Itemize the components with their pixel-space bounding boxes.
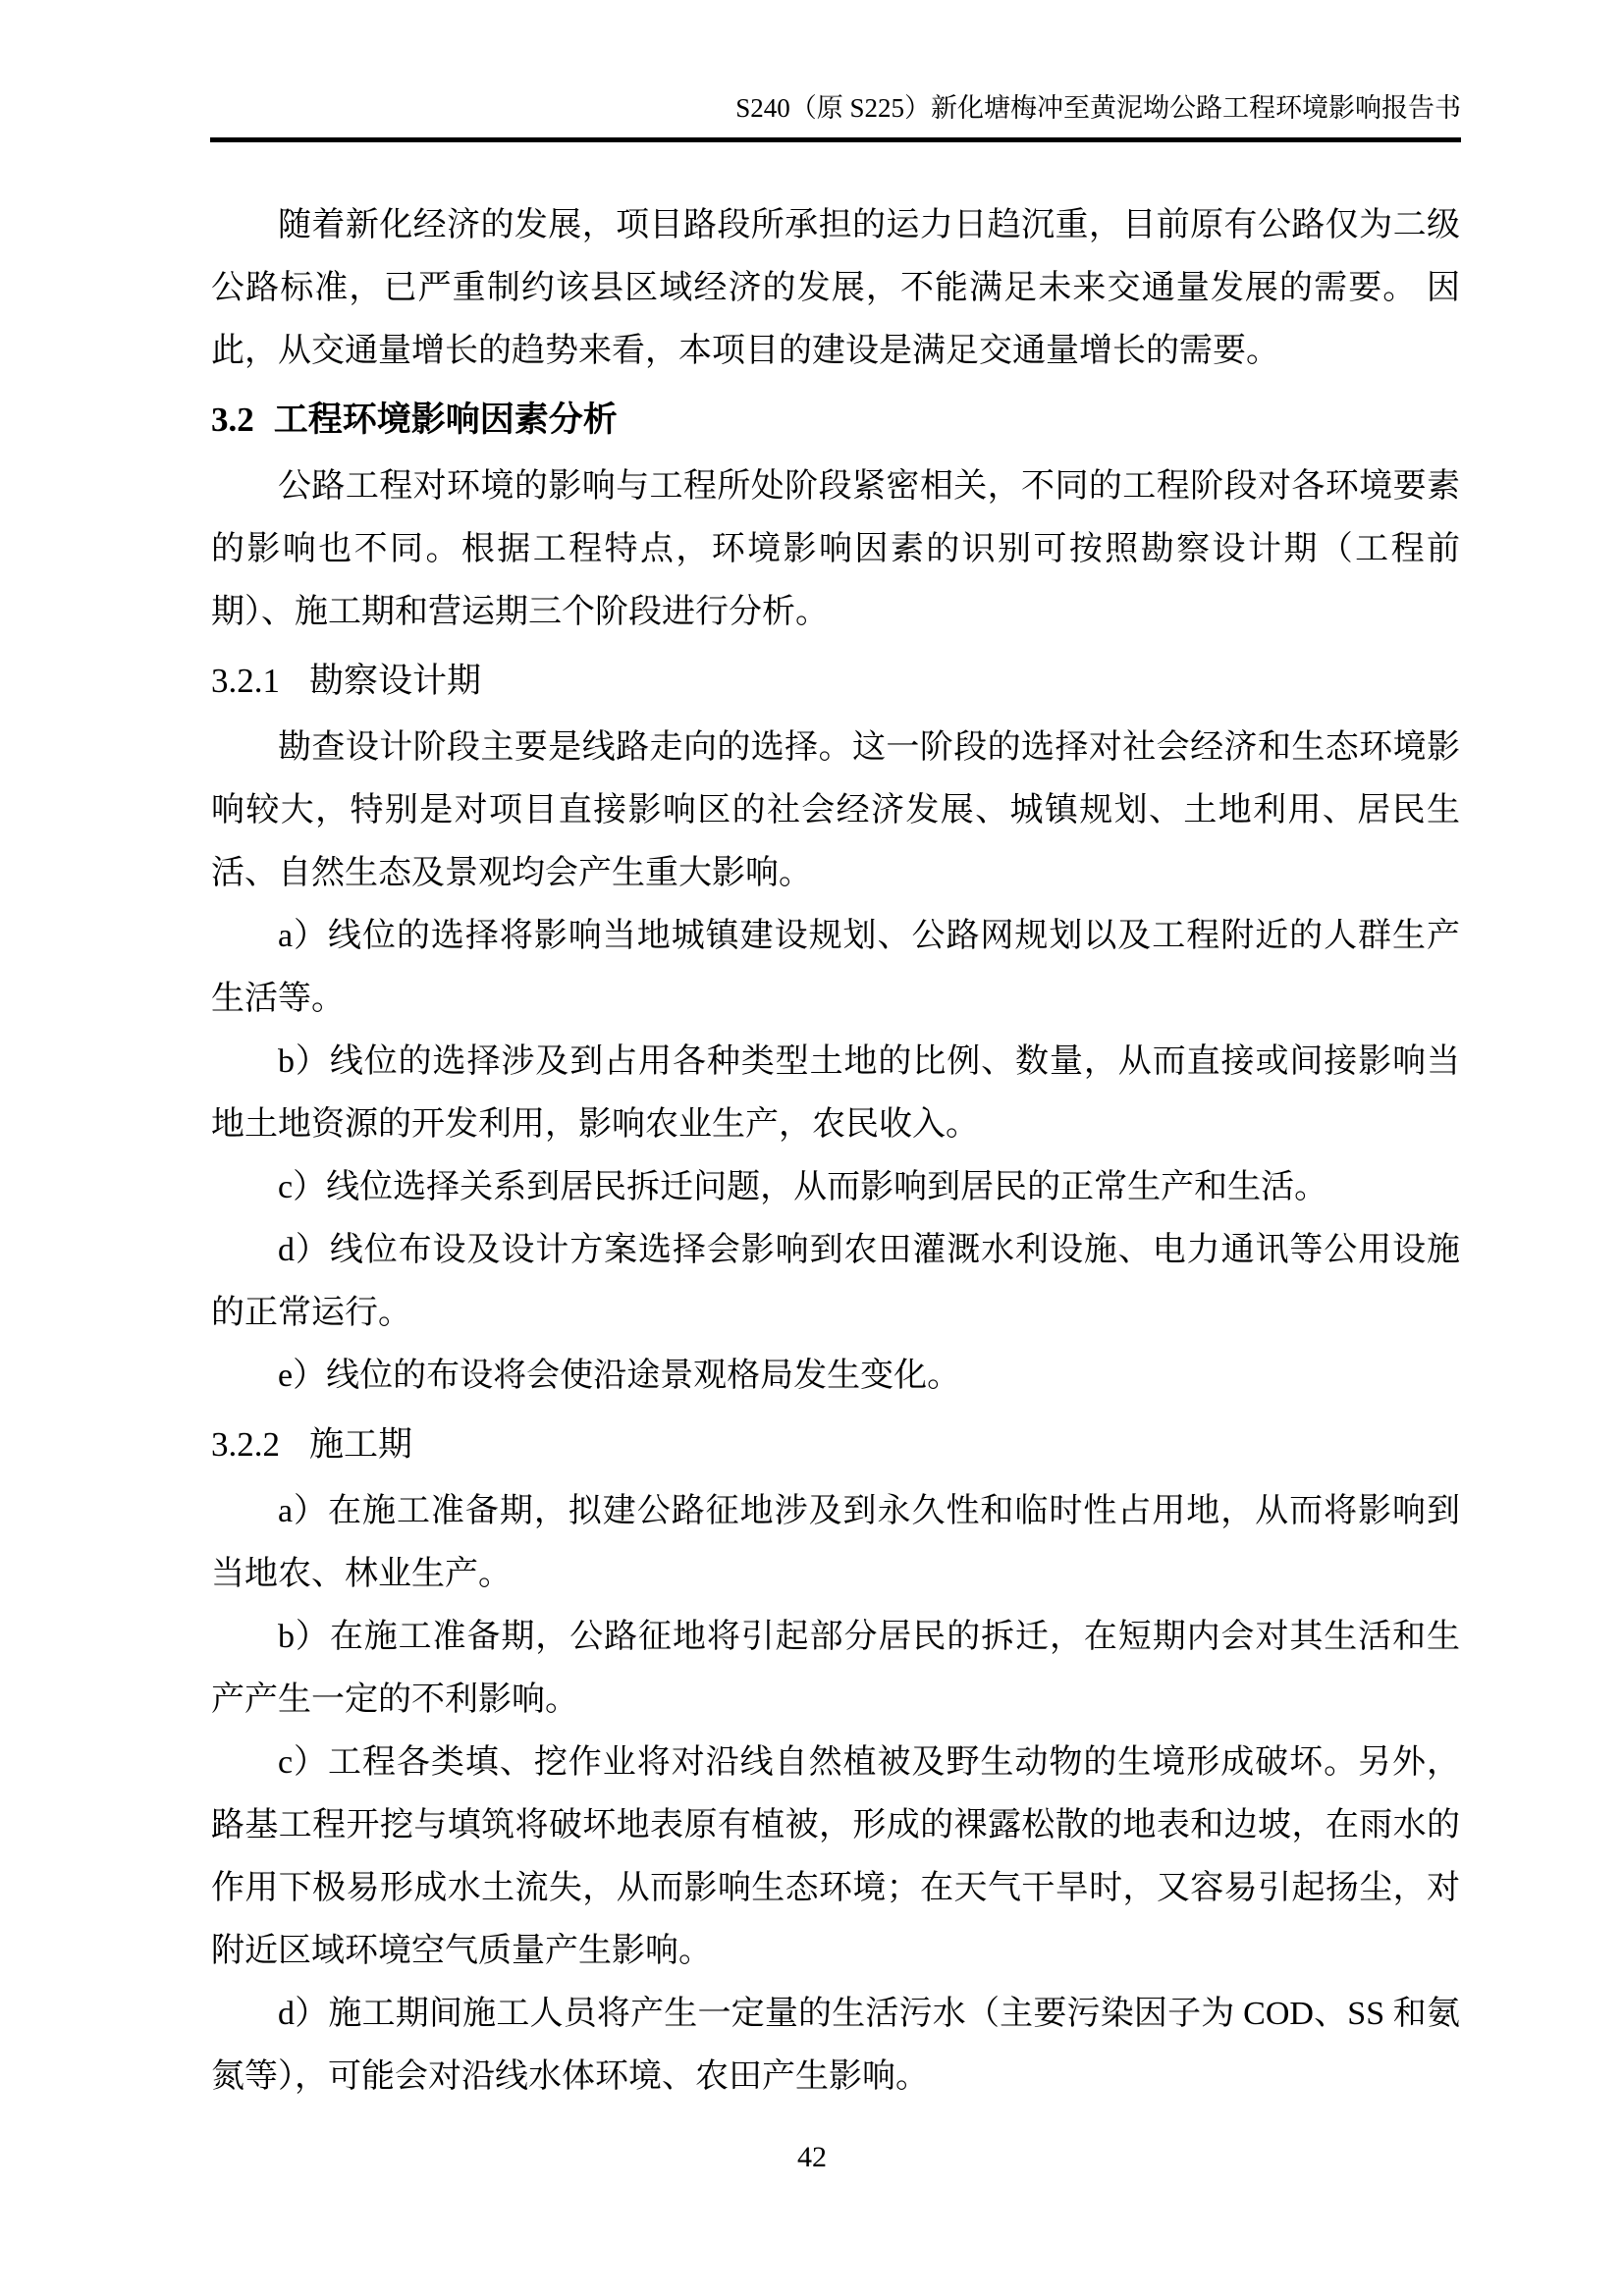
list-item-construction-a: a）在施工准备期，拟建公路征地涉及到永久性和临时性占用地，从而将影响到当地农、林… (211, 1480, 1460, 1606)
list-item-construction-d: d）施工期间施工人员将产生一定量的生活污水（主要污染因子为 COD、SS 和氨氮… (211, 1983, 1460, 2109)
section-title: 施工期 (309, 1425, 412, 1464)
section-title: 工程环境影响因素分析 (274, 400, 618, 439)
section-number: 3.2 (211, 389, 254, 452)
running-header-title: S240（原 S225）新化塘梅冲至黄泥坳公路工程环境影响报告书 (735, 93, 1461, 123)
paragraph-design-stage-intro: 勘查设计阶段主要是线路走向的选择。这一阶段的选择对社会经济和生态环境影响较大，特… (211, 717, 1460, 905)
list-item-construction-c: c）工程各类填、挖作业将对沿线自然植被及野生动物的生境形成破坏。另外，路基工程开… (211, 1732, 1460, 1983)
document-body: 随着新化经济的发展，项目路段所承担的运力日趋沉重，目前原有公路仅为二级公路标准，… (211, 194, 1460, 2109)
list-item-design-d: d）线位布设及设计方案选择会影响到农田灌溉水利设施、电力通讯等公用设施的正常运行… (211, 1219, 1460, 1345)
section-number: 3.2.2 (211, 1414, 280, 1476)
page-number: 42 (797, 2141, 827, 2173)
page-header: S240（原 S225）新化塘梅冲至黄泥坳公路工程环境影响报告书 (210, 90, 1461, 142)
list-item-design-b: b）线位的选择涉及到占用各种类型土地的比例、数量，从而直接或间接影响当地土地资源… (211, 1031, 1460, 1156)
section-number: 3.2.1 (211, 650, 280, 713)
list-item-design-e: e）线位的布设将会使沿途景观格局发生变化。 (211, 1345, 1460, 1408)
section-heading-3-2-1: 3.2.1勘察设计期 (211, 650, 1460, 713)
section-title: 勘察设计期 (309, 662, 481, 700)
paragraph-traffic-growth: 随着新化经济的发展，项目路段所承担的运力日趋沉重，目前原有公路仅为二级公路标准，… (211, 194, 1460, 383)
list-item-design-c: c）线位选择关系到居民拆迁问题，从而影响到居民的正常生产和生活。 (211, 1156, 1460, 1219)
paragraph-factor-analysis: 公路工程对环境的影响与工程所处阶段紧密相关，不同的工程阶段对各环境要素的影响也不… (211, 455, 1460, 644)
section-heading-3-2-2: 3.2.2施工期 (211, 1414, 1460, 1476)
document-page: S240（原 S225）新化塘梅冲至黄泥坳公路工程环境影响报告书 随着新化经济的… (0, 0, 1624, 2296)
list-item-design-a: a）线位的选择将影响当地城镇建设规划、公路网规划以及工程附近的人群生产生活等。 (211, 905, 1460, 1031)
section-heading-3-2: 3.2工程环境影响因素分析 (211, 389, 1460, 452)
list-item-construction-b: b）在施工准备期，公路征地将引起部分居民的拆迁，在短期内会对其生活和生产产生一定… (211, 1606, 1460, 1732)
page-footer: 42 (0, 2138, 1624, 2177)
